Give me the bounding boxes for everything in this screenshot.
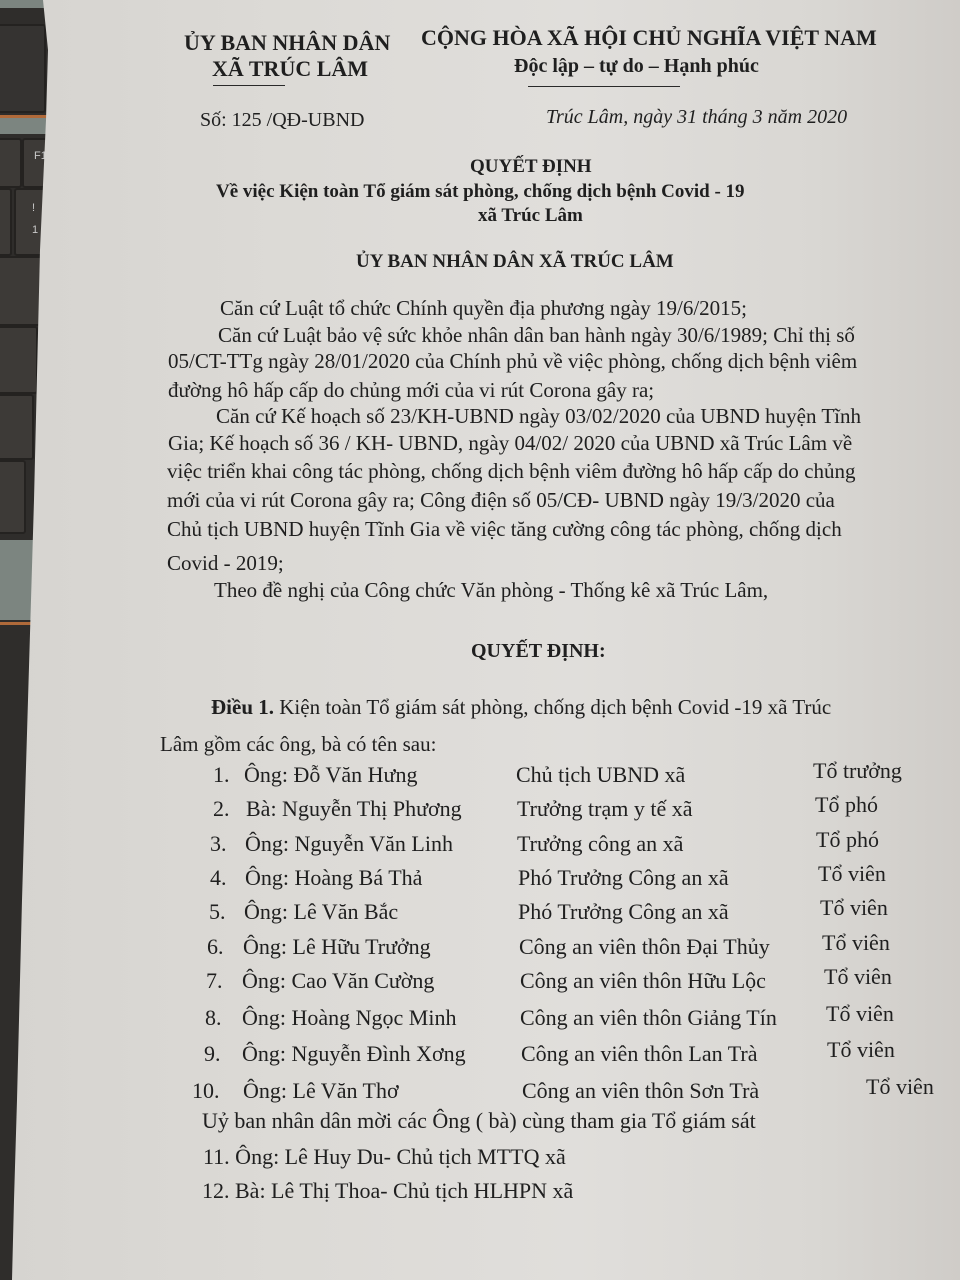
preamble-line: Căn cứ Kế hoạch số 23/KH-UBND ngày 03/02…: [216, 406, 861, 427]
member-position: Công an viên thôn Hữu Lộc: [520, 968, 766, 994]
decision-subject-cont: xã Trúc Lâm: [478, 206, 583, 225]
invite-line: Uỷ ban nhân dân mời các Ông ( bà) cùng t…: [202, 1110, 756, 1132]
member-number: 5.: [209, 899, 226, 925]
member-number: 4.: [210, 865, 227, 891]
member-number: 7.: [206, 968, 223, 994]
invited-member: 11. Ông: Lê Huy Du- Chủ tịch MTTQ xã: [203, 1146, 566, 1168]
keyboard-key: [0, 24, 46, 113]
preamble-line: đường hô hấp cấp do chủng mới của vi rút…: [168, 380, 654, 401]
member-number: 1.: [213, 762, 230, 788]
member-position: Trưởng công an xã: [517, 831, 683, 857]
keyboard-key: [0, 138, 22, 188]
member-number: 3.: [210, 831, 227, 857]
national-motto: Độc lập – tự do – Hạnh phúc: [514, 56, 759, 76]
member-position: Phó Trưởng Công an xã: [518, 865, 729, 891]
member-number: 9.: [204, 1041, 221, 1067]
member-role: Tổ phó: [816, 827, 879, 853]
decision-title: QUYẾT ĐỊNH: [470, 157, 592, 176]
article-1: Điều 1. Kiện toàn Tổ giám sát phòng, chố…: [211, 697, 831, 718]
keyboard-key: [0, 394, 34, 460]
member-role: Tổ trưởng: [813, 758, 902, 784]
member-position: Công an viên thôn Giảng Tín: [520, 1005, 777, 1031]
preamble-line: mới của vi rút Corona gây ra; Công điện …: [167, 490, 835, 511]
member-position: Công an viên thôn Sơn Trà: [522, 1078, 759, 1104]
member-name: Ông: Nguyễn Văn Linh: [245, 831, 453, 857]
member-role: Tổ viên: [820, 895, 888, 921]
decision-heading: QUYẾT ĐỊNH:: [471, 641, 606, 661]
member-name: Ông: Đỗ Văn Hưng: [244, 762, 417, 788]
header-left-underline: [213, 85, 285, 86]
member-name: Ông: Lê Văn Bắc: [244, 899, 398, 925]
issuing-authority: ỦY BAN NHÂN DÂN XÃ TRÚC LÂM: [356, 252, 674, 271]
member-position: Công an viên thôn Đại Thủy: [519, 934, 770, 960]
preamble-line: việc triển khai công tác phòng, chống dị…: [167, 461, 855, 482]
commune-name: XÃ TRÚC LÂM: [212, 58, 368, 80]
preamble-line: Căn cứ Luật bảo vệ sức khỏe nhân dân ban…: [218, 325, 855, 346]
invited-member: 12. Bà: Lê Thị Thoa- Chủ tịch HLHPN xã: [202, 1180, 573, 1202]
preamble-line: Covid - 2019;: [167, 553, 284, 574]
keyboard-key: [0, 326, 38, 394]
agency-name: ỦY BAN NHÂN DÂN: [184, 32, 390, 54]
article-text-cont: Lâm gồm các ông, bà có tên sau:: [160, 734, 436, 755]
member-number: 6.: [207, 934, 224, 960]
member-number: 10.: [192, 1078, 220, 1104]
member-number: 2.: [213, 796, 230, 822]
keyboard-key: [0, 460, 26, 534]
place-and-date: Trúc Lâm, ngày 31 tháng 3 năm 2020: [546, 107, 847, 127]
document-page: ỦY BAN NHÂN DÂN XÃ TRÚC LÂM CỘNG HÒA XÃ …: [0, 0, 960, 1280]
member-role: Tổ viên: [826, 1001, 894, 1027]
member-name: Ông: Hoàng Bá Thả: [245, 865, 422, 891]
member-role: Tổ viên: [866, 1074, 934, 1100]
preamble-line: Gia; Kế hoạch số 36 / KH- UBND, ngày 04/…: [168, 433, 852, 454]
preamble-line: Theo đề nghị của Công chức Văn phòng - T…: [214, 580, 768, 601]
member-role: Tổ phó: [815, 792, 878, 818]
member-name: Bà: Nguyễn Thị Phương: [246, 796, 462, 822]
member-position: Trưởng trạm y tế xã: [517, 796, 693, 822]
preamble-line: Căn cứ Luật tổ chức Chính quyền địa phươ…: [220, 298, 747, 319]
member-role: Tổ viên: [824, 964, 892, 990]
document-number: Số: 125 /QĐ-UBND: [200, 110, 364, 130]
member-name: Ông: Hoàng Ngọc Minh: [242, 1005, 456, 1031]
decision-subject: Về việc Kiện toàn Tổ giám sát phòng, chố…: [216, 182, 745, 201]
member-role: Tổ viên: [818, 861, 886, 887]
member-role: Tổ viên: [827, 1037, 895, 1063]
member-name: Ông: Nguyễn Đình Xơng: [242, 1041, 466, 1067]
member-name: Ông: Cao Văn Cường: [242, 968, 434, 994]
member-name: Ông: Lê Văn Thơ: [243, 1078, 399, 1104]
keyboard-key: [0, 188, 12, 256]
header-right-underline: [528, 86, 680, 87]
member-name: Ông: Lê Hữu Trưởng: [243, 934, 431, 960]
national-title: CỘNG HÒA XÃ HỘI CHỦ NGHĨA VIỆT NAM: [421, 27, 877, 49]
member-position: Phó Trưởng Công an xã: [518, 899, 729, 925]
article-label: Điều 1.: [211, 695, 274, 719]
article-text: Kiện toàn Tổ giám sát phòng, chống dịch …: [274, 695, 831, 719]
member-number: 8.: [205, 1005, 222, 1031]
member-role: Tổ viên: [822, 930, 890, 956]
member-position: Công an viên thôn Lan Trà: [521, 1041, 758, 1067]
member-position: Chủ tịch UBND xã: [516, 762, 685, 788]
preamble-line: 05/CT-TTg ngày 28/01/2020 của Chính phủ …: [168, 351, 857, 372]
preamble-line: Chủ tịch UBND huyện Tĩnh Gia về việc tăn…: [167, 519, 842, 540]
